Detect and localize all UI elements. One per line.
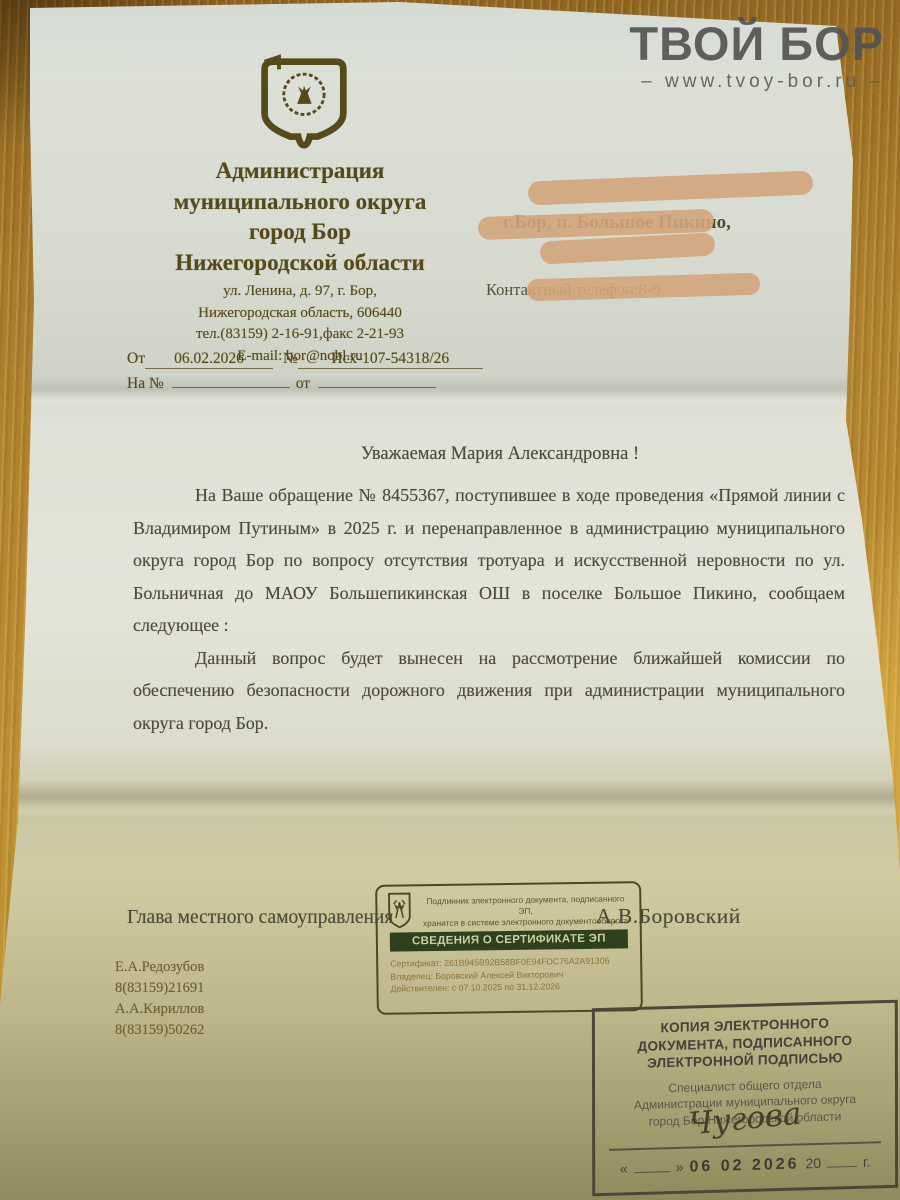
paper-fold-crease-bottom	[0, 780, 900, 818]
day-blank	[634, 1157, 670, 1173]
watermark-title: ТВОЙ БОР	[629, 20, 884, 68]
bor-coat-of-arms-icon	[243, 54, 363, 150]
watermark-url: – www.tvoy-bor.ru –	[629, 71, 884, 93]
copy-stamp-date-row: « » 06 02 2026 20 г.	[605, 1151, 885, 1179]
reference-block: От 06.02.2026 № Исх-107-54318/26 На № от	[127, 350, 517, 399]
no-label: №	[283, 350, 298, 368]
ep-certificate-details: Сертификат: 261B945B92B58BF0E94FDC76A2A9…	[378, 948, 641, 995]
year-blank	[827, 1152, 857, 1168]
stamped-date: 06 02 2026	[689, 1156, 799, 1177]
from-label: От	[127, 350, 145, 368]
contact-line: А.А.Кириллов	[115, 999, 204, 1020]
incoming-number-blank	[172, 387, 290, 388]
address-line: тел.(83159) 2-16-91,факс 2-21-93	[120, 324, 480, 346]
year-prefix: 20	[805, 1155, 821, 1171]
executor-contacts: Е.А.Редозубов 8(83159)21691 А.А.Кириллов…	[115, 957, 204, 1041]
org-line: Администрация	[120, 156, 480, 187]
ep-caption-line: Подлинник электронного документа, подпис…	[419, 893, 631, 918]
ref-row-outgoing: От 06.02.2026 № Исх-107-54318/26	[127, 350, 517, 369]
ot-label: от	[296, 375, 310, 393]
ep-caption-line: хранится в системе электронного документ…	[420, 915, 632, 929]
paper-copy-stamp: КОПИЯ ЭЛЕКТРОННОГО ДОКУМЕНТА, ПОДПИСАННО…	[592, 1000, 898, 1197]
ep-stamp-header: Подлинник электронного документа, подпис…	[377, 883, 640, 930]
close-quote: »	[676, 1159, 684, 1175]
paragraph-1: На Ваше обращение № 8455367, поступившее…	[133, 479, 845, 642]
signer-position: Глава местного самоуправления	[127, 907, 393, 929]
redaction-bar	[528, 171, 814, 206]
org-line: Нижегородской области	[120, 248, 480, 279]
ep-cert-validity: Действителен: с 07.10.2025 по 31.12.2026	[390, 979, 640, 995]
deer-shield-icon	[385, 891, 414, 929]
org-line: город Бор	[120, 217, 480, 248]
contact-line: Е.А.Редозубов	[115, 957, 204, 978]
incoming-date-blank	[318, 387, 436, 388]
paragraph-2: Данный вопрос будет вынесен на рассмотре…	[133, 642, 845, 740]
salutation: Уважаемая Мария Александровна !	[290, 444, 710, 465]
address-line: ул. Ленина, д. 97, г. Бор,	[120, 281, 480, 303]
letterhead-org-name: Администрация муниципального округа горо…	[120, 156, 480, 278]
open-quote: «	[620, 1160, 628, 1176]
outgoing-number: Исх-107-54318/26	[298, 350, 483, 369]
contact-line: 8(83159)50262	[115, 1020, 204, 1041]
ep-stamp-caption: Подлинник электронного документа, подпис…	[419, 888, 632, 929]
outgoing-date: 06.02.2026	[145, 350, 273, 369]
on-no-label: На №	[127, 375, 164, 393]
redaction-bar	[527, 273, 761, 301]
address-line: Нижегородская область, 606440	[120, 303, 480, 325]
letter-paper: Администрация муниципального округа горо…	[0, 0, 900, 1200]
redaction-bar	[540, 232, 716, 264]
ep-certificate-bar: СВЕДЕНИЯ О СЕРТИФИКАТЕ ЭП	[390, 929, 628, 951]
contact-line: 8(83159)21691	[115, 978, 204, 999]
ref-row-incoming: На № от	[127, 375, 517, 393]
letter-body: На Ваше обращение № 8455367, поступившее…	[133, 479, 845, 739]
org-line: муниципального округа	[120, 187, 480, 218]
site-watermark: ТВОЙ БОР – www.tvoy-bor.ru –	[629, 20, 884, 93]
year-suffix: г.	[863, 1154, 870, 1170]
copy-stamp-title: КОПИЯ ЭЛЕКТРОННОГО ДОКУМЕНТА, ПОДПИСАННО…	[595, 1013, 895, 1074]
electronic-signature-stamp: Подлинник электронного документа, подпис…	[375, 881, 643, 1015]
